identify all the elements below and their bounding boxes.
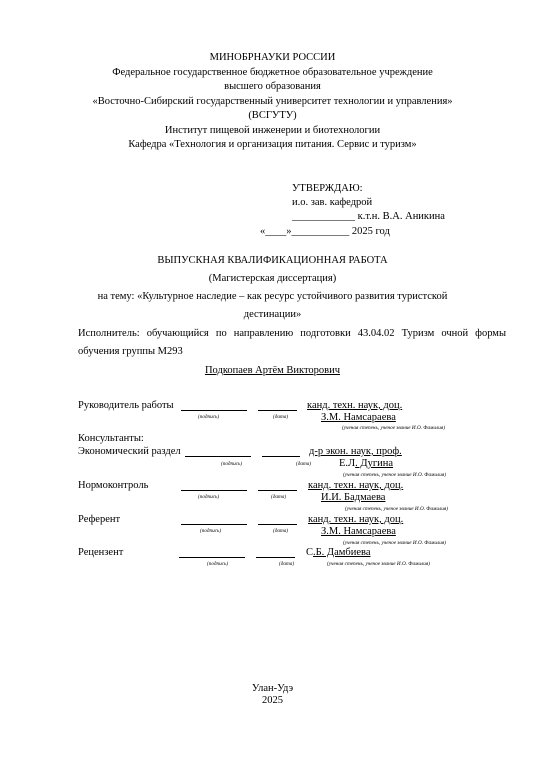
normcontrol-date-line[interactable] <box>258 490 297 491</box>
role-norm-control: Нормоконтроль <box>78 480 148 491</box>
role-referent: Референт <box>78 514 120 525</box>
normcontrol-degree: канд. техн. наук, доц. <box>308 480 403 491</box>
consultants-label: Консультанты: <box>78 433 144 444</box>
degree-hint: (ученая степень, ученое звание И.О. Фами… <box>342 425 445 431</box>
approval-title: УТВЕРЖДАЮ: <box>292 183 363 194</box>
reviewer-name: С.Б. Дамбиева <box>306 547 371 558</box>
economic-name: Е.Л. Дугина <box>339 458 393 469</box>
approval-signature-line: ____________ к.т.н. В.А. Аникина <box>292 211 445 222</box>
reviewer-name-rest: .Б. Дамбиева <box>313 547 370 558</box>
approval-position: и.о. зав. кафедрой <box>292 197 372 208</box>
approval-head: к.т.н. В.А. Аникина <box>358 211 445 222</box>
degree-hint: (ученая степень, ученое звание И.О. Фами… <box>343 540 446 546</box>
date-hint: (дата) <box>271 494 286 500</box>
ministry: МИНОБРНАУКИ РОССИИ <box>0 52 545 63</box>
student-name: Подкопаев Артём Викторович <box>0 365 545 376</box>
education-level: высшего образования <box>0 81 545 92</box>
reviewer-date-line[interactable] <box>256 557 295 558</box>
work-topic-line1: на тему: «Культурное наследие – как ресу… <box>0 291 545 302</box>
university-abbreviation: (ВСГУТУ) <box>0 110 545 121</box>
economic-date-line[interactable] <box>262 456 300 457</box>
city: Улан-Удэ <box>0 683 545 694</box>
date-hint: (дата) <box>296 461 311 467</box>
department-name: Кафедра «Технология и организация питани… <box>0 139 545 150</box>
degree-hint: (ученая степень, ученое звание И.О. Фами… <box>345 506 448 512</box>
institution-type: Федеральное государственное бюджетное об… <box>0 67 545 78</box>
signature-hint: (подпись) <box>198 414 219 420</box>
supervisor-name: З.М. Намсараева <box>321 412 396 423</box>
signature-blank: ____________ <box>292 211 355 222</box>
date-hint: (дата) <box>273 528 288 534</box>
degree-hint: (ученая степень, ученое звание И.О. Фами… <box>343 472 446 478</box>
economic-signature-line[interactable] <box>185 456 251 457</box>
work-title: ВЫПУСКНАЯ КВАЛИФИКАЦИОННАЯ РАБОТА <box>0 255 545 266</box>
supervisor-date-line[interactable] <box>258 410 297 411</box>
university-name: «Восточно-Сибирский государственный унив… <box>0 96 545 107</box>
approval-date-blank: «____»___________ <box>260 226 349 237</box>
approval-year: 2025 год <box>352 226 390 237</box>
date-hint: (дата) <box>273 414 288 420</box>
economic-degree: д-р экон. наук, проф. <box>309 446 402 457</box>
normcontrol-name: И.И. Бадмаева <box>321 492 385 503</box>
signature-hint: (подпись) <box>200 528 221 534</box>
executor-line2: обучения группы М293 <box>78 346 183 357</box>
referent-date-line[interactable] <box>258 524 297 525</box>
signature-hint: (подпись) <box>198 494 219 500</box>
reviewer-signature-line[interactable] <box>179 557 245 558</box>
signature-hint: (подпись) <box>221 461 242 467</box>
role-supervisor: Руководитель работы <box>78 400 174 411</box>
year: 2025 <box>0 695 545 706</box>
supervisor-signature-line[interactable] <box>181 410 247 411</box>
institute-name: Институт пищевой инженерии и биотехнолог… <box>0 125 545 136</box>
referent-name: З.М. Намсараева <box>321 526 396 537</box>
role-economic-section: Экономический раздел <box>78 446 181 457</box>
supervisor-degree: канд. техн. наук, доц. <box>307 400 402 411</box>
work-subtitle: (Магистерская диссертация) <box>0 273 545 284</box>
executor-line1: Исполнитель: обучающийся по направлению … <box>78 328 506 339</box>
referent-degree: канд. техн. наук, доц. <box>308 514 403 525</box>
approval-date: «____»___________ 2025 год <box>260 226 390 237</box>
signature-hint: (подпись) <box>207 561 228 567</box>
role-reviewer: Рецензент <box>78 547 123 558</box>
degree-hint: (ученая степень, ученое звание И.О. Фами… <box>327 561 430 567</box>
normcontrol-signature-line[interactable] <box>181 490 247 491</box>
economic-name-prefix: Е.Л <box>339 458 355 469</box>
economic-name-rest: . Дугина <box>355 458 393 469</box>
date-hint: (дата) <box>279 561 294 567</box>
reviewer-name-prefix: С <box>306 547 313 558</box>
work-topic-line2: дестинации» <box>0 309 545 320</box>
referent-signature-line[interactable] <box>181 524 247 525</box>
